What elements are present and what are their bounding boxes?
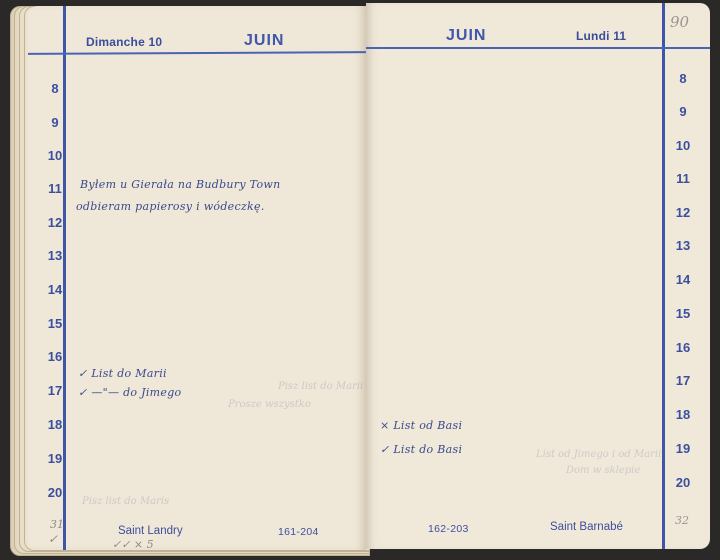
hour-label: 16 <box>42 349 68 364</box>
hour-label: 14 <box>42 282 68 297</box>
hour-label: 20 <box>670 475 696 490</box>
hour-label: 19 <box>670 441 696 456</box>
hour-label: 15 <box>42 316 68 331</box>
handwritten-entry: ✓ List do Marii <box>78 367 167 380</box>
hour-label: 9 <box>670 104 696 119</box>
hour-label: 19 <box>42 451 68 466</box>
hour-label: 8 <box>670 71 696 86</box>
bleed-through-text: Prosze wszystko <box>228 399 311 410</box>
hour-label: 10 <box>42 148 68 163</box>
saint-of-day: Saint Barnabé <box>550 521 623 533</box>
handwritten-entry: × List od Basi <box>380 419 462 432</box>
hour-label: 18 <box>42 417 68 432</box>
right-page: JUIN Lundi 11 90 8 9 10 11 12 13 14 15 1… <box>366 3 710 549</box>
day-label: Dimanche 10 <box>86 35 162 49</box>
bleed-through-text: List od Jimego i od Marii <box>536 449 661 460</box>
corner-page-number: 90 <box>670 13 689 31</box>
bleed-through-text: Pisz list do Maris <box>82 496 169 507</box>
diary-photo: Dimanche 10 JUIN 8 9 10 11 12 13 14 15 1… <box>0 0 720 560</box>
hour-label: 13 <box>42 248 68 263</box>
hour-label: 13 <box>670 238 696 253</box>
hour-label: 15 <box>670 306 696 321</box>
pencil-page-number: 32 <box>675 514 689 527</box>
day-of-year-count: 162-203 <box>428 523 469 535</box>
month-label: JUIN <box>244 32 284 50</box>
hour-label: 11 <box>670 171 696 186</box>
hour-label: 10 <box>670 138 696 153</box>
handwritten-entry: odbieram papierosy i wódeczkę. <box>76 200 265 213</box>
hour-label: 12 <box>42 215 68 230</box>
pencil-check-mark: ✓ <box>48 532 58 546</box>
handwritten-entry: ✓ —"— do Jimego <box>78 386 181 399</box>
bleed-through-text: Dom w sklepie <box>566 465 640 476</box>
hour-label: 8 <box>42 81 68 96</box>
handwritten-entry: ✓ List do Basi <box>380 443 462 456</box>
hour-label: 11 <box>42 181 68 196</box>
header-rule <box>28 51 366 55</box>
hour-label: 17 <box>670 373 696 388</box>
day-label: Lundi 11 <box>576 29 626 43</box>
hour-label: 16 <box>670 340 696 355</box>
left-page: Dimanche 10 JUIN 8 9 10 11 12 13 14 15 1… <box>28 6 366 550</box>
hour-label: 14 <box>670 272 696 287</box>
bleed-through-text: Pisz list do Marii <box>278 381 363 392</box>
hour-label: 18 <box>670 407 696 422</box>
hour-label: 17 <box>42 383 68 398</box>
pencil-page-number: 31 <box>50 518 64 531</box>
hour-label: 12 <box>670 205 696 220</box>
month-label: JUIN <box>446 27 486 45</box>
pencil-note: ✓✓ × 5 <box>112 538 154 551</box>
saint-of-day: Saint Landry <box>118 525 183 537</box>
header-rule <box>366 47 710 49</box>
margin-rule <box>662 3 665 549</box>
day-of-year-count: 161-204 <box>278 526 319 538</box>
hour-label: 9 <box>42 115 68 130</box>
hour-label: 20 <box>42 485 68 500</box>
handwritten-entry: Byłem u Gierała na Budbury Town <box>80 178 280 191</box>
